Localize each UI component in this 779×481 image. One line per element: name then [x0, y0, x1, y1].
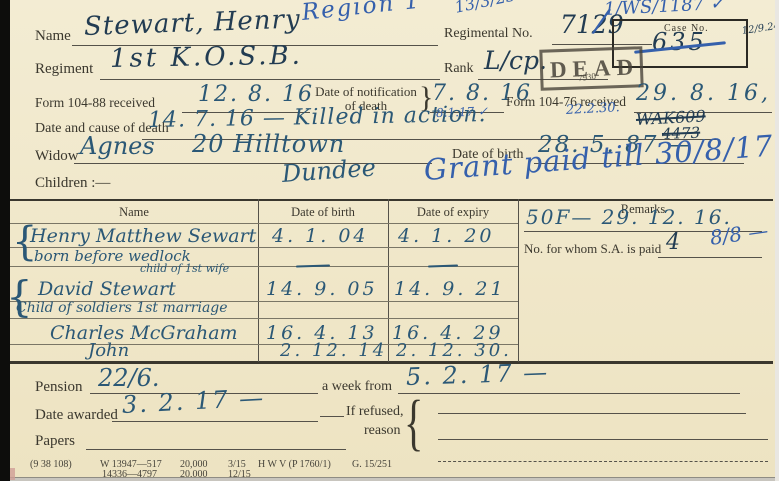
rank-label: Rank — [444, 61, 474, 77]
pension-value: 22/6. — [98, 366, 160, 390]
regimental-no-label: Regimental No. — [444, 26, 533, 42]
week-from-label: a week from — [322, 379, 392, 395]
sa-paid-value: 4 — [666, 232, 680, 254]
week-from-underline — [398, 393, 740, 394]
widow-town-value: Dundee — [281, 155, 376, 185]
child-expiry: 4. 1. 20 — [398, 227, 495, 246]
connector-dash — [320, 416, 344, 417]
table-column-divider-3 — [518, 199, 519, 362]
child-expiry: 2. 12. 30. — [396, 342, 512, 360]
child-dob: 14. 9. 05 — [266, 280, 378, 299]
table-row-rule — [10, 318, 518, 319]
date-awarded-value: 3. 2. 17 — — [121, 386, 265, 417]
imprint-ref: (9 38 108) — [30, 459, 72, 470]
form-104-76-note-annotation: 22.2.30. — [566, 101, 620, 117]
refused-brace: { — [404, 396, 423, 452]
child-subnote: child of 1st wife — [140, 263, 229, 274]
papers-label: Papers — [35, 433, 75, 450]
widow-underline — [74, 163, 432, 164]
form-104-88-label: Form 104-88 received — [35, 95, 155, 111]
regiment-underline — [100, 79, 440, 80]
widow-name-value: Agnes — [80, 134, 155, 158]
regiment-label: Regiment — [35, 61, 93, 78]
imprint-publisher: H W V (P 1760/1) — [258, 459, 331, 470]
child-dob: 4. 1. 04 — [272, 227, 369, 246]
children-label: Children :— — [35, 175, 110, 192]
date-awarded-underline — [112, 421, 318, 422]
regiment-value: 1st K.O.S.B. — [110, 43, 303, 72]
pension-record-card-scan: Name Stewart, Henry Region 1 13/3/23 1/W… — [0, 0, 779, 481]
refused-line-1 — [438, 413, 746, 414]
child-expiry: 14. 9. 21 — [394, 280, 506, 299]
name-value: Stewart, Henry — [84, 6, 302, 40]
scan-right-edge — [775, 0, 779, 481]
dead-stamp: DEAD — [539, 46, 643, 91]
name-label: Name — [35, 28, 71, 45]
notification-label-line1: Date of notification — [314, 85, 418, 99]
if-refused-label-line1: If refused, — [346, 404, 404, 420]
rank-value: L/cp. — [484, 48, 547, 73]
sa-paid-label: No. for whom S.A. is paid — [524, 241, 661, 257]
if-refused-label-line2: reason — [364, 423, 401, 439]
sa-paid-underline — [658, 257, 762, 258]
child-dob: 2. 12. 14 — [280, 342, 387, 360]
child-name: Charles McGraham — [50, 324, 238, 343]
scan-left-edge — [0, 0, 10, 481]
form-104-88-value: 12. 8. 16 — [198, 84, 314, 106]
column-header-dob: Date of birth — [258, 205, 388, 220]
widow-label: Widow — [35, 148, 79, 165]
column-header-name: Name — [10, 205, 258, 220]
form-104-76-value: 29. 8. 16, — [636, 83, 771, 105]
child-name: Henry Matthew Sewart — [30, 227, 256, 246]
child-name: David Stewart — [38, 280, 176, 299]
column-header-expiry: Date of expiry — [388, 205, 518, 220]
widow-address-value: 20 Hilltown — [192, 132, 345, 156]
imprint-code: G. 15/251 — [352, 459, 392, 470]
pension-label: Pension — [35, 379, 83, 396]
table-header-separator — [10, 223, 518, 224]
child-name: John — [88, 342, 129, 360]
scan-bottom-edge — [0, 477, 779, 481]
date-awarded-label: Date awarded — [35, 407, 118, 424]
week-from-value: 5. 2. 17 — — [406, 360, 550, 389]
refused-line-3 — [438, 461, 768, 462]
table-top-border — [10, 199, 773, 201]
child-note: Child of soldiers 1st marriage — [16, 301, 228, 315]
refused-line-2 — [438, 439, 768, 440]
papers-underline — [86, 449, 346, 450]
remarks-entry-value: 50F— 29. 12. 16. — [526, 207, 732, 227]
death-value: 14. 7. 16 — Killed in action. — [148, 104, 487, 132]
